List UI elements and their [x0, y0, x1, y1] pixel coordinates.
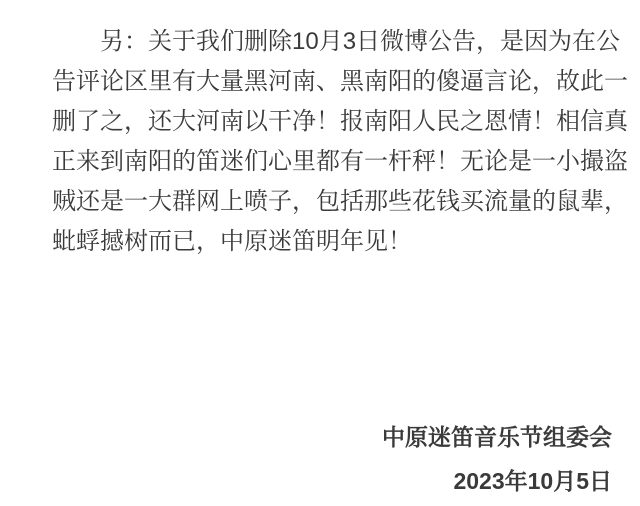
- announcement-page: 另：关于我们删除10月3日微博公告，是因为在公 告评论区里有大量黑河南、黑南阳的…: [0, 0, 640, 506]
- announcement-line: 蚍蜉撼树而已，中原迷笛明年见！: [52, 222, 612, 262]
- announcement-content: 另：关于我们删除10月3日微博公告，是因为在公 告评论区里有大量黑河南、黑南阳的…: [0, 0, 640, 503]
- announcement-line: 正来到南阳的笛迷们心里都有一杆秤！无论是一小撮盗: [52, 142, 612, 182]
- announcement-line: 告评论区里有大量黑河南、黑南阳的傻逼言论，故此一: [52, 62, 612, 102]
- signature-organization: 中原迷笛音乐节组委会: [52, 415, 612, 459]
- signature-block: 中原迷笛音乐节组委会 2023年10月5日: [52, 415, 612, 503]
- announcement-line: 贼还是一大群网上喷子，包括那些花钱买流量的鼠辈，: [52, 182, 612, 222]
- announcement-line: 另：关于我们删除10月3日微博公告，是因为在公: [52, 22, 612, 62]
- announcement-paragraph: 另：关于我们删除10月3日微博公告，是因为在公 告评论区里有大量黑河南、黑南阳的…: [52, 22, 612, 262]
- signature-date: 2023年10月5日: [52, 459, 612, 503]
- announcement-line: 删了之，还大河南以干净！报南阳人民之恩情！相信真: [52, 102, 612, 142]
